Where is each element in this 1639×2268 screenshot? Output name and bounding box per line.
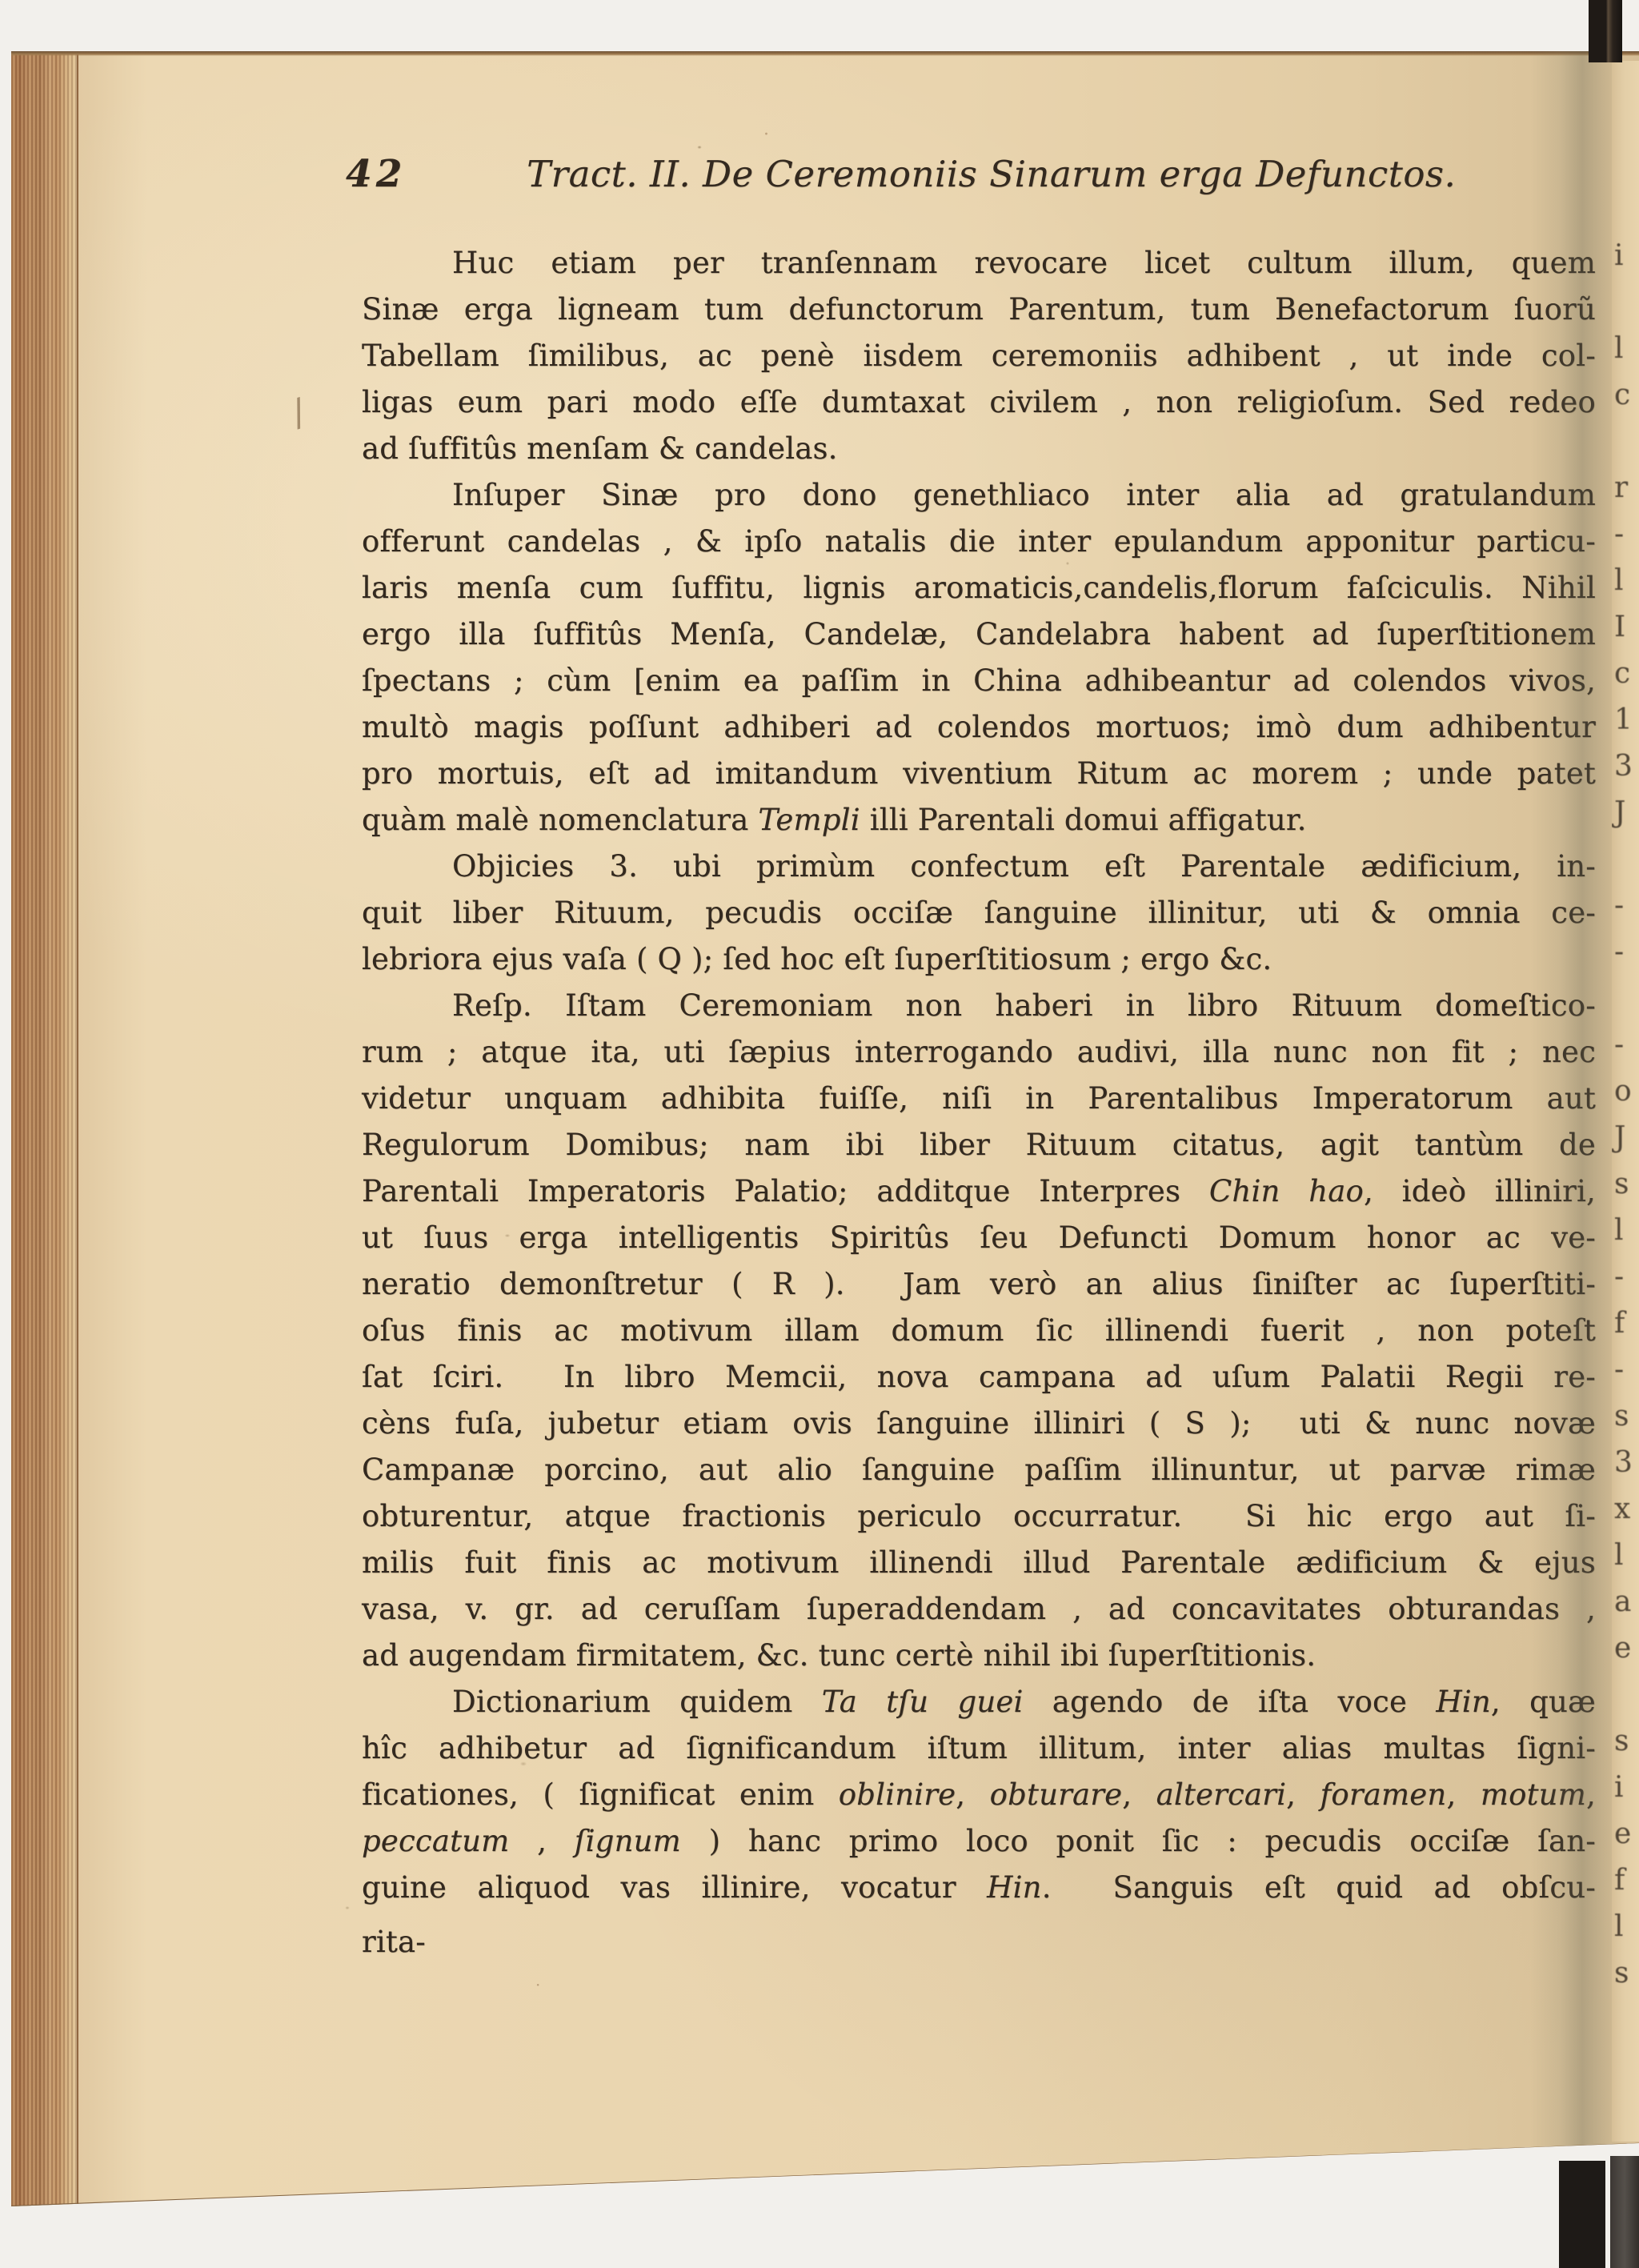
edge-fragment: 1 [1614, 704, 1633, 736]
edge-fragment: o [1614, 1076, 1632, 1108]
text-block: Huc etiam per tranſennam revocare licet … [362, 240, 1596, 1965]
text-line: Parentali Imperatoris Palatio; additque … [362, 1168, 1596, 1215]
page-number: 42 [346, 152, 406, 196]
text-line: hîc adhibetur ad ſignificandum iſtum ill… [362, 1725, 1596, 1772]
text-line: Tabellam ſimilibus, ac penè iisdem cerem… [362, 333, 1596, 379]
edge-fragment: e [1614, 1818, 1631, 1850]
edge-fragment: i [1614, 240, 1624, 272]
text-line: Inſuper Sinæ pro dono genethliaco inter … [362, 472, 1596, 519]
edge-fragment: s [1614, 1400, 1629, 1433]
edge-fragment: c [1614, 658, 1630, 690]
text-line: ad ſuffitûs menſam & candelas. [362, 426, 1596, 472]
edge-fragment: 3 [1614, 1447, 1633, 1479]
scan-surface: { "page": { "number": "42", "header_titl… [0, 0, 1639, 2268]
edge-fragment: x [1614, 1493, 1630, 1525]
text-line: laris menſa cum ſuffitu, lignis aromatic… [362, 565, 1596, 611]
text-line: ficationes, ( ſignificat enim oblinire, … [362, 1772, 1596, 1818]
edge-fragment: - [1614, 1261, 1624, 1293]
text-line: Objicies 3. ubi primùm confectum eſt Par… [362, 843, 1596, 890]
edge-fragment: l [1614, 333, 1624, 365]
edge-fragment: e [1614, 1633, 1631, 1665]
ink-smudge: · [535, 1975, 540, 1994]
text-line: ſat ſciri. In libro Memcii, nova campana… [362, 1354, 1596, 1400]
facing-page-sliver: ilcr-lIc13J---oJsl-f-s3xlaesiefls [1612, 61, 1639, 2142]
edge-fragment: 3 [1614, 751, 1633, 783]
edge-fragment: s [1614, 1725, 1629, 1757]
edge-fragment: - [1614, 890, 1624, 922]
edge-fragment: l [1614, 1215, 1624, 1247]
edge-fragment: s [1614, 1168, 1629, 1200]
text-line: neratio demonſtretur ( R ). Jam verò an … [362, 1261, 1596, 1308]
book-page: 42 Tract. II. De Ceremoniis Sinarum erga… [11, 51, 1639, 2217]
text-line: multò magis poſſunt adhiberi ad colendos… [362, 704, 1596, 751]
edge-fragment: l [1614, 1540, 1624, 1572]
ink-smudge: · [763, 125, 769, 145]
text-line: peccatum , ſignum ) hanc primo loco poni… [362, 1818, 1596, 1865]
text-line: Regulorum Domibus; nam ibi liber Rituum … [362, 1122, 1596, 1168]
text-line: milis fuit finis ac motivum illinendi il… [362, 1540, 1596, 1586]
catchword: rita- [362, 1919, 1596, 1965]
edge-fragment: l [1614, 1911, 1624, 1943]
edge-fragment: f [1614, 1308, 1625, 1340]
edge-fragment: r [1614, 472, 1628, 504]
text-line: offerunt candelas , & ipſo natalis die i… [362, 519, 1596, 565]
text-line: Sinæ erga ligneam tum defunctorum Parent… [362, 287, 1596, 333]
text-line: guine aliquod vas illinire, vocatur Hin.… [362, 1865, 1596, 1911]
text-line: pro mortuis, eſt ad imitandum viventium … [362, 751, 1596, 797]
text-line: Campanæ porcino, aut alio ſanguine paſſi… [362, 1447, 1596, 1493]
text-line: ad augendam firmitatem, &c. tunc certè n… [362, 1633, 1596, 1679]
edge-fragment: I [1614, 611, 1625, 643]
text-line: obturentur, atque fractionis periculo oc… [362, 1493, 1596, 1540]
bottom-binding-bar-black [1559, 2161, 1605, 2268]
text-line: quàm malè nomenclatura Templi illi Paren… [362, 797, 1596, 843]
edge-fragment: - [1614, 1354, 1624, 1386]
edge-fragment: J [1614, 797, 1625, 829]
text-line: videtur unquam adhibita fuiſſe, niſi in … [362, 1076, 1596, 1122]
text-line: ligas eum pari modo eſſe dumtaxat civile… [362, 379, 1596, 426]
text-line: Reſp. Iſtam Ceremoniam non haberi in lib… [362, 983, 1596, 1029]
edge-fragment: - [1614, 936, 1624, 968]
text-line: vasa, v. gr. ad ceruſſam ſuperaddendam ,… [362, 1586, 1596, 1633]
top-binding-bar [1589, 0, 1622, 62]
text-line: ut ſuus erga intelligentis Spiritûs ſeu … [362, 1215, 1596, 1261]
running-title: Tract. II. De Ceremoniis Sinarum erga De… [406, 153, 1577, 195]
text-line: cèns fuſa, jubetur etiam ovis ſanguine i… [362, 1400, 1596, 1447]
text-line: oſus finis ac motivum illam domum ſic il… [362, 1308, 1596, 1354]
edge-fragment: - [1614, 1029, 1624, 1061]
text-line: lebriora ejus vaſa ( Q ); ſed hoc eſt ſu… [362, 936, 1596, 983]
edge-fragment: a [1614, 1586, 1631, 1618]
edge-fragment: i [1614, 1772, 1624, 1804]
text-line: Dictionarium quidem Ta tſu guei agendo d… [362, 1679, 1596, 1725]
bottom-binding-bar-gray [1610, 2156, 1639, 2268]
text-line: quit liber Rituum, pecudis occiſæ ſangui… [362, 890, 1596, 936]
text-line: ergo illa ſuffitûs Menſa, Candelæ, Cande… [362, 611, 1596, 658]
edge-fragment: J [1614, 1122, 1625, 1154]
page-header: 42 Tract. II. De Ceremoniis Sinarum erga… [346, 152, 1577, 196]
gutter-shadow [1530, 51, 1623, 2217]
edge-fragment: c [1614, 379, 1630, 411]
edge-fragment: f [1614, 1865, 1625, 1897]
edge-fragment: s [1614, 1957, 1629, 1990]
text-line: rum ; atque ita, uti ſæpius interrogando… [362, 1029, 1596, 1076]
edge-fragment: l [1614, 565, 1624, 597]
text-line: Huc etiam per tranſennam revocare licet … [362, 240, 1596, 287]
text-line: ſpectans ; cùm [enim ea paſſim in China … [362, 658, 1596, 704]
edge-fragment: - [1614, 519, 1624, 551]
